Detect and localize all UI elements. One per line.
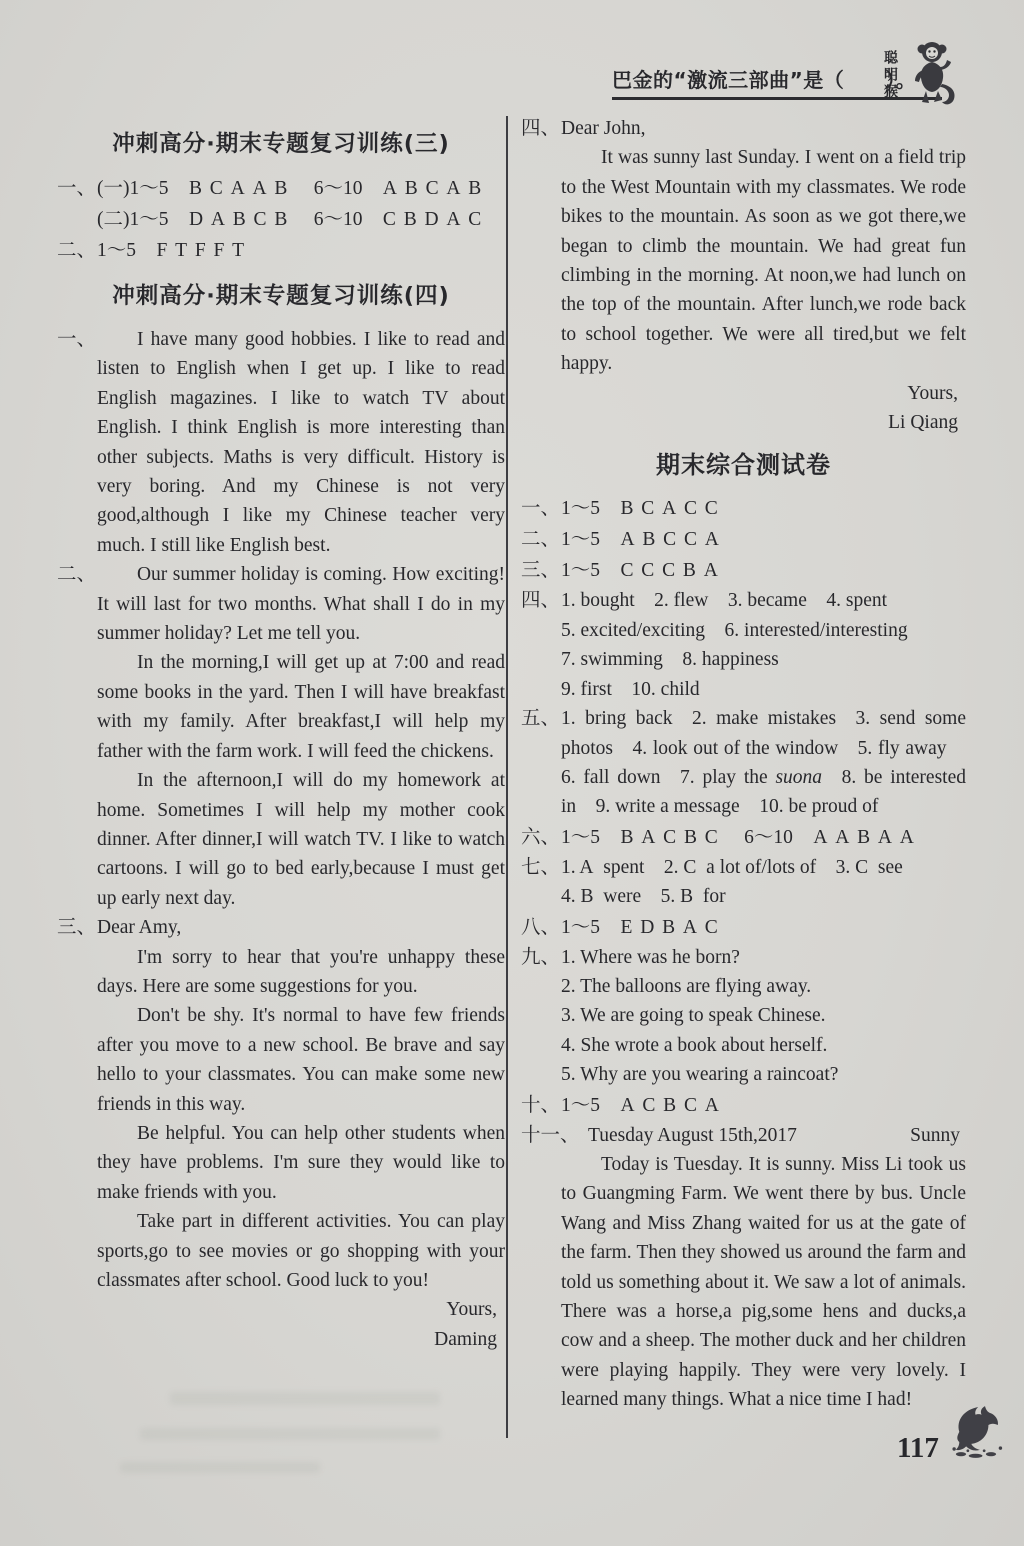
fill-in-answers-4: 四、 1. bought 2. flew 3. became 4. spent … <box>521 586 966 704</box>
diary-dateline: Tuesday August 15th,2017 Sunny <box>561 1121 966 1150</box>
bleedthrough-smudge <box>170 1392 440 1405</box>
answer-line: 3. We are going to speak Chinese. <box>561 1001 966 1030</box>
monkey-icon <box>898 36 960 114</box>
answer-flow: 1. bring back 2. make mistakes 3. send s… <box>561 704 966 822</box>
answer-line: 4. B were 5. B for <box>561 882 966 911</box>
answer-letters: CBDAC <box>383 209 489 230</box>
answer-letters: EDBAC <box>620 917 725 938</box>
letter-signature: Daming <box>97 1325 505 1354</box>
question-range: 1～5 <box>561 560 600 581</box>
answer-row: (二)1～5DABCB6～10CBDAC <box>57 204 505 235</box>
answer-row: 一、1～5BCACC <box>521 493 966 524</box>
question-range: 1～5 <box>561 498 600 519</box>
letter-signature: Li Qiang <box>561 408 966 437</box>
section-title-final-test: 期末综合测试卷 <box>521 449 966 481</box>
item-marker: 一、 <box>57 173 96 204</box>
listening-passage-1: 一、 I have many good hobbies. I like to r… <box>57 325 505 560</box>
answer-row: 八、1～5EDBAC <box>521 912 966 943</box>
letter-paragraph: Don't be shy. It's normal to have few fr… <box>97 1001 505 1119</box>
column-divider <box>506 116 508 1438</box>
answer-line: 1. A spent 2. C a lot of/lots of 3. C se… <box>561 853 966 882</box>
page-footer: 117 <box>891 1396 1011 1492</box>
correction-answers-7: 七、 1. A spent 2. C a lot of/lots of 3. C… <box>521 853 966 912</box>
answer-letters: BACBC <box>620 827 725 848</box>
answer-book-page: 巴金的“激流三部曲”是（ ）。 聪明猴 冲刺高分·期末专题复习训练(三) <box>0 0 1024 1546</box>
letter-closing: Yours, <box>97 1295 505 1324</box>
passage-paragraph: In the morning,I will get up at 7:00 and… <box>97 648 505 766</box>
answer-line: 7. swimming 8. happiness <box>561 645 966 674</box>
letter-salutation: Dear John, <box>561 114 966 143</box>
item-marker: 三、 <box>521 555 560 586</box>
answer-line: 5. Why are you wearing a raincoat? <box>561 1060 966 1089</box>
answer-line: 1. Where was he born? <box>561 943 966 972</box>
mascot-label: 聪明猴 <box>882 50 898 101</box>
phrase-answers-5: 五、 1. bring back 2. make mistakes 3. sen… <box>521 704 966 822</box>
bleedthrough-smudge <box>140 1428 440 1440</box>
item-marker: 五、 <box>521 704 560 733</box>
letter-paragraph: Be helpful. You can help other students … <box>97 1119 505 1207</box>
letter-paragraph: It was sunny last Sunday. I went on a fi… <box>561 143 966 378</box>
answer-row: 二、1～5ABCCA <box>521 524 966 555</box>
sentence-answers-9: 九、 1. Where was he born? 2. The balloons… <box>521 943 966 1090</box>
answer-letters: ABCAB <box>383 178 489 199</box>
sub-label: (一) <box>97 178 130 199</box>
answer-line: 1. bought 2. flew 3. became 4. spent <box>561 586 966 615</box>
answer-letters: ABCCA <box>620 529 726 550</box>
answer-row: 六、1～5BACBC6～10AABAA <box>521 822 966 853</box>
item-marker: 十一、 <box>521 1121 580 1150</box>
item-marker: 八、 <box>521 912 560 943</box>
passage-paragraph: In the afternoon,I will do my homework a… <box>97 766 505 913</box>
dolphin-icon <box>949 1396 1009 1466</box>
answer-line: 2. The balloons are flying away. <box>561 972 966 1001</box>
answer-letters: DABCB <box>189 209 295 230</box>
letter-closing: Yours, <box>561 379 966 408</box>
diary-date: Tuesday August 15th,2017 <box>588 1121 797 1150</box>
diary-paragraph: Today is Tuesday. It is sunny. Miss Li t… <box>561 1150 966 1415</box>
item-marker: 七、 <box>521 853 560 882</box>
bleedthrough-smudge <box>120 1462 320 1473</box>
item-marker: 九、 <box>521 943 560 972</box>
answer-letters: FTFFT <box>156 240 251 261</box>
answer-line: 9. first 10. child <box>561 675 966 704</box>
question-range: 6～10 <box>314 209 363 230</box>
answer-line: 5. excited/exciting 6. interested/intere… <box>561 616 966 645</box>
passage-paragraph: Our summer holiday is coming. How exciti… <box>97 560 505 648</box>
diary-weather: Sunny <box>910 1121 960 1150</box>
question-range: 1～5 <box>561 529 600 550</box>
item-marker: 三、 <box>57 913 96 942</box>
italic-term: suona <box>775 767 822 788</box>
section-title-training-4: 冲刺高分·期末专题复习训练(四) <box>57 280 505 312</box>
answer-row: 十、1～5ACBCA <box>521 1090 966 1121</box>
item-marker: 二、 <box>57 560 96 589</box>
item-marker: 二、 <box>521 524 560 555</box>
page-number: 117 <box>897 1432 939 1464</box>
answer-letters: BCAAB <box>189 178 295 199</box>
answer-letters: CCCBA <box>620 560 725 581</box>
passage-paragraph: I have many good hobbies. I like to read… <box>97 325 505 560</box>
item-marker: 二、 <box>57 235 96 266</box>
answer-letters: AABAA <box>813 827 921 848</box>
item-marker: 四、 <box>521 114 560 143</box>
letter-to-john: 四、 Dear John, It was sunny last Sunday. … <box>521 114 966 437</box>
left-column: 冲刺高分·期末专题复习训练(三) 一、(一)1～5BCAAB6～10ABCAB … <box>57 126 505 1354</box>
question-range: 6～10 <box>744 827 793 848</box>
question-range: 1～5 <box>130 209 169 230</box>
item-marker: 一、 <box>57 325 96 354</box>
letter-paragraph: Take part in different activities. You c… <box>97 1207 505 1295</box>
header-question-text: 巴金的“激流三部曲”是（ ）。 <box>612 68 916 92</box>
answer-letters: ACBCA <box>620 1095 726 1116</box>
letter-salutation: Dear Amy, <box>97 913 505 942</box>
answer-row: 二、1～5FTFFT <box>57 235 505 266</box>
question-range: 1～5 <box>97 240 136 261</box>
question-range: 1～5 <box>561 827 600 848</box>
section-title-training-3: 冲刺高分·期末专题复习训练(三) <box>57 128 505 160</box>
item-marker: 十、 <box>521 1090 560 1121</box>
item-marker: 四、 <box>521 586 560 615</box>
question-range: 1～5 <box>130 178 169 199</box>
item-marker: 一、 <box>521 493 560 524</box>
sub-label: (二) <box>97 209 130 230</box>
answer-line: 4. She wrote a book about herself. <box>561 1031 966 1060</box>
letter-to-amy: 三、 Dear Amy, I'm sorry to hear that you'… <box>57 913 505 1354</box>
answer-letters: BCACC <box>620 498 725 519</box>
monkey-mascot: 聪明猴 <box>882 36 960 114</box>
right-column: 四、 Dear John, It was sunny last Sunday. … <box>521 114 966 1415</box>
letter-paragraph: I'm sorry to hear that you're unhappy th… <box>97 943 505 1002</box>
answer-row: 一、(一)1～5BCAAB6～10ABCAB <box>57 173 505 204</box>
question-range: 1～5 <box>561 917 600 938</box>
question-range: 1～5 <box>561 1095 600 1116</box>
listening-passage-2: 二、 Our summer holiday is coming. How exc… <box>57 560 505 913</box>
writing-sample-11: 十一、 Tuesday August 15th,2017 Sunny Today… <box>521 1121 966 1415</box>
item-marker: 六、 <box>521 822 560 853</box>
question-range: 6～10 <box>314 178 363 199</box>
answer-row: 三、1～5CCCBA <box>521 555 966 586</box>
